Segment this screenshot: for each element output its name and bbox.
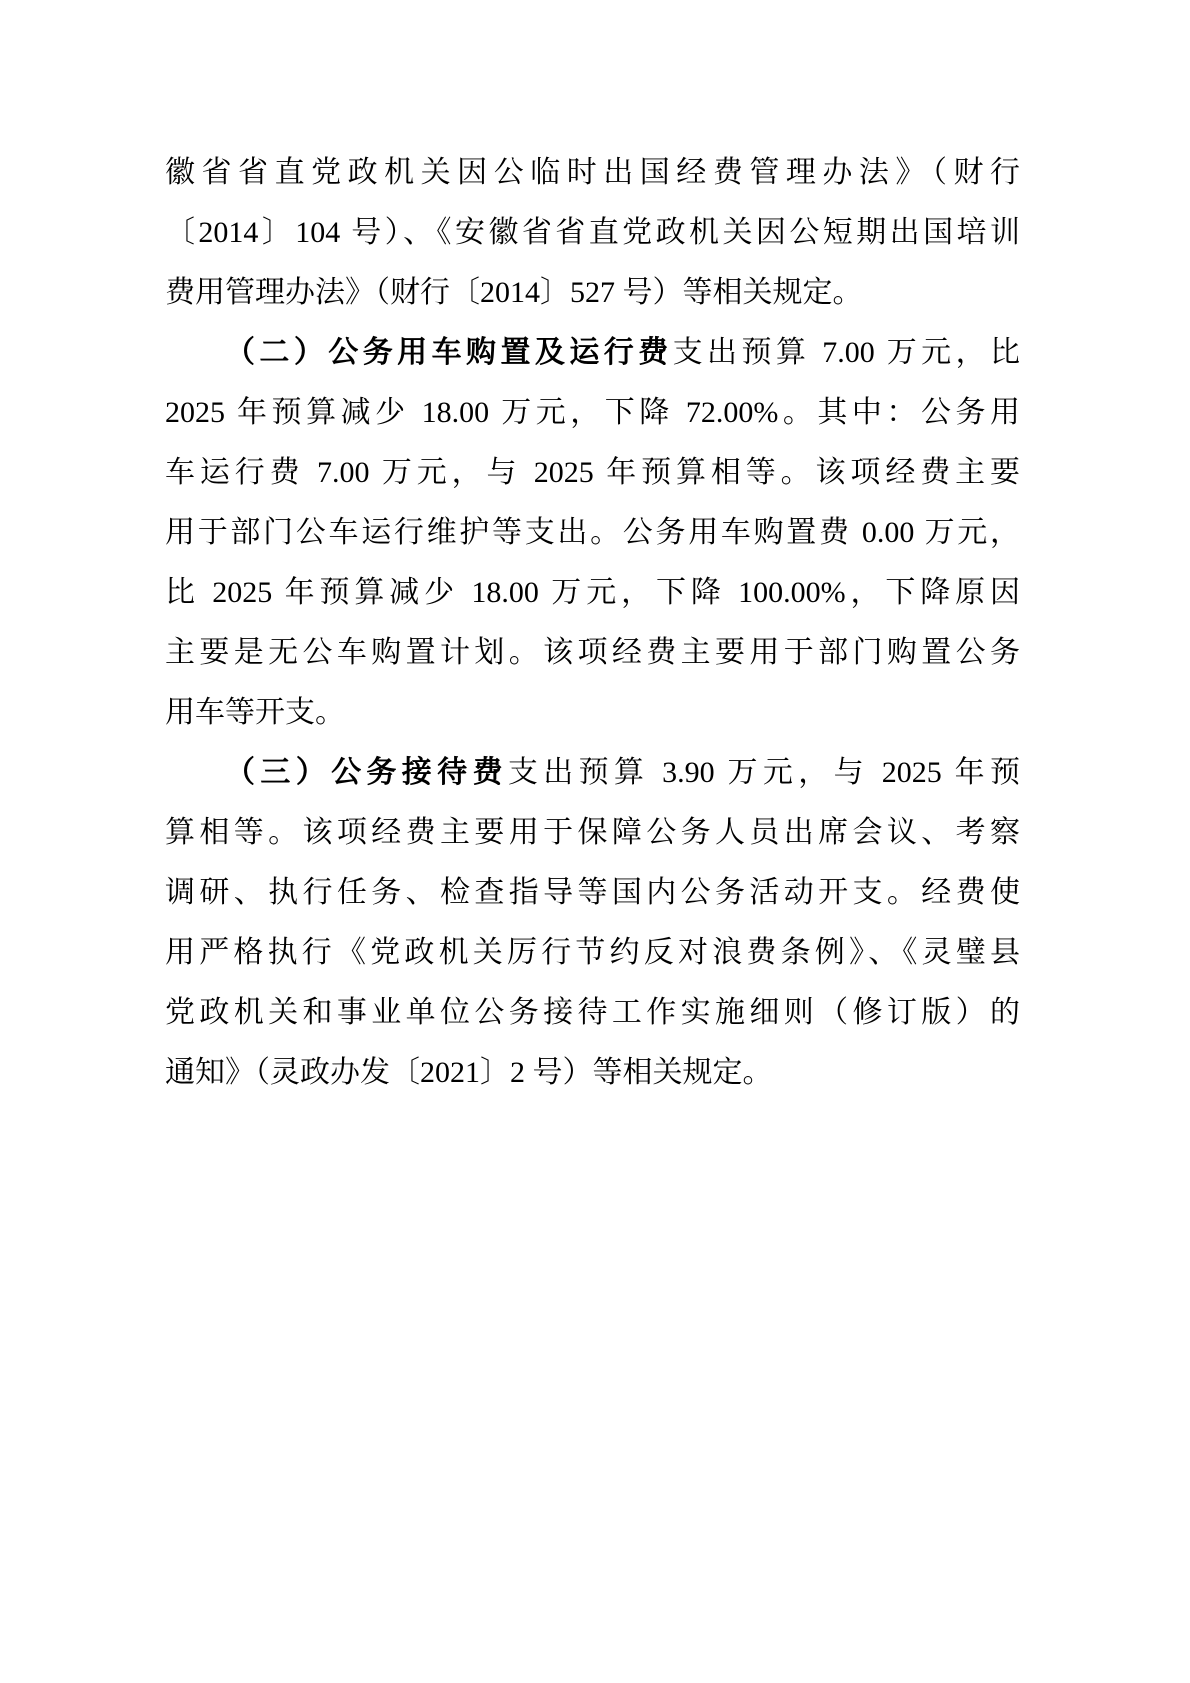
text-line: 用于部门公车运行维护等支出。公务用车购置费 0.00 万元， (165, 503, 1020, 563)
text-line: 调研、执行任务、检查指导等国内公务活动开支。经费使 (165, 863, 1020, 923)
text-line: 比 2025 年预算减少 18.00 万元，下降 100.00%，下降原因 (165, 563, 1020, 623)
text-run: 支出预算 7.00 万元，比 (673, 336, 1020, 369)
text-line: 算相等。该项经费主要用于保障公务人员出席会议、考察 (165, 803, 1020, 863)
text-line: 党政机关和事业单位公务接待工作实施细则（修订版）的 (165, 983, 1020, 1043)
text-line: 用车等开支。 (165, 683, 1020, 743)
text-run: 徽省省直党政机关因公临时出国经费管理办法》（财行 (165, 156, 1020, 189)
paragraph-official-vehicle-purchase-and-operation-expense: （二）公务用车购置及运行费支出预算 7.00 万元，比2025 年预算减少 18… (165, 323, 1020, 743)
text-run: 通知》（灵政办发〔2021〕2 号）等相关规定。 (165, 1056, 773, 1089)
text-run: 党政机关和事业单位公务接待工作实施细则（修订版）的 (165, 996, 1020, 1029)
paragraph-official-reception-expense: （三）公务接待费支出预算 3.90 万元，与 2025 年预算相等。该项经费主要… (165, 743, 1020, 1103)
text-line: 主要是无公车购置计划。该项经费主要用于部门购置公务 (165, 623, 1020, 683)
text-line: 费用管理办法》（财行〔2014〕527 号）等相关规定。 (165, 263, 1020, 323)
text-run: 〔2014〕104 号）、《安徽省省直党政机关因公短期出国培训 (165, 216, 1020, 249)
text-run: 主要是无公车购置计划。该项经费主要用于部门购置公务 (165, 636, 1020, 669)
text-run: 车运行费 7.00 万元，与 2025 年预算相等。该项经费主要 (165, 456, 1020, 489)
text-line: 〔2014〕104 号）、《安徽省省直党政机关因公短期出国培训 (165, 203, 1020, 263)
text-run: 2025 年预算减少 18.00 万元，下降 72.00%。其中：公务用 (165, 396, 1020, 429)
text-run: 算相等。该项经费主要用于保障公务人员出席会议、考察 (165, 816, 1020, 849)
text-line: 徽省省直党政机关因公临时出国经费管理办法》（财行 (165, 143, 1020, 203)
text-run: 用严格执行《党政机关厉行节约反对浪费条例》、《灵璧县 (165, 936, 1020, 969)
text-run: 调研、执行任务、检查指导等国内公务活动开支。经费使 (165, 876, 1020, 909)
paragraph-outbound-travel-regulations: 徽省省直党政机关因公临时出国经费管理办法》（财行〔2014〕104 号）、《安徽… (165, 143, 1020, 323)
document-body: 徽省省直党政机关因公临时出国经费管理办法》（财行〔2014〕104 号）、《安徽… (165, 143, 1020, 1103)
text-line: 用严格执行《党政机关厉行节约反对浪费条例》、《灵璧县 (165, 923, 1020, 983)
bold-heading-run: （三）公务接待费 (225, 756, 508, 789)
text-line: （三）公务接待费支出预算 3.90 万元，与 2025 年预 (165, 743, 1020, 803)
bold-heading-run: （二）公务用车购置及运行费 (225, 336, 673, 369)
document-page: 徽省省直党政机关因公临时出国经费管理办法》（财行〔2014〕104 号）、《安徽… (0, 0, 1190, 1683)
text-run: 用于部门公车运行维护等支出。公务用车购置费 0.00 万元， (165, 516, 1020, 549)
text-run: 用车等开支。 (165, 696, 345, 729)
text-line: 车运行费 7.00 万元，与 2025 年预算相等。该项经费主要 (165, 443, 1020, 503)
text-run: 支出预算 3.90 万元，与 2025 年预 (508, 756, 1020, 789)
text-line: 2025 年预算减少 18.00 万元，下降 72.00%。其中：公务用 (165, 383, 1020, 443)
text-run: 比 2025 年预算减少 18.00 万元，下降 100.00%，下降原因 (165, 576, 1020, 609)
text-line: 通知》（灵政办发〔2021〕2 号）等相关规定。 (165, 1043, 1020, 1103)
text-line: （二）公务用车购置及运行费支出预算 7.00 万元，比 (165, 323, 1020, 383)
text-run: 费用管理办法》（财行〔2014〕527 号）等相关规定。 (165, 276, 863, 309)
